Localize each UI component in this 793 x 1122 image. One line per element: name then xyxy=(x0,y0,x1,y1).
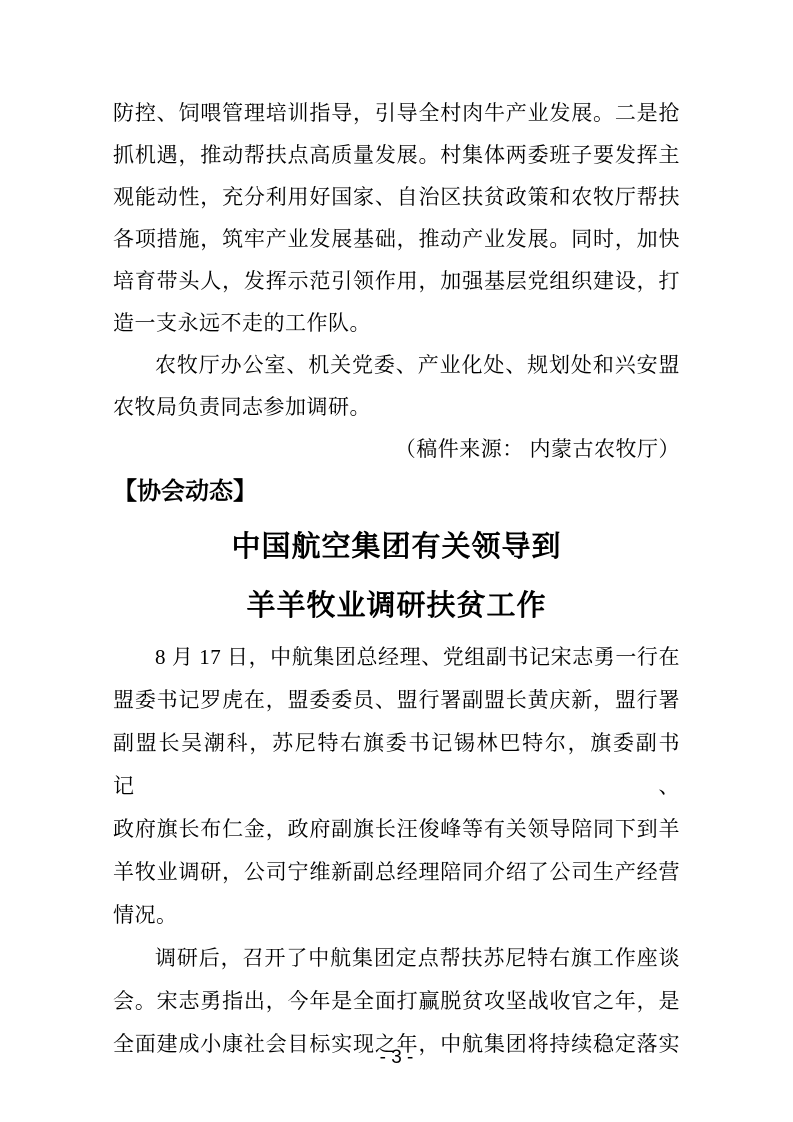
article-title-line-2: 羊羊牧业调研扶贫工作 xyxy=(113,577,680,636)
section-header-association-news: 【协会动态】 xyxy=(113,470,680,514)
article-source-attribution: （稿件来源： 内蒙古农牧厅） xyxy=(113,428,680,470)
text-line: 调研后，召开了中航集团定点帮扶苏尼特右旗工作座谈 xyxy=(113,937,680,980)
text-line: 政府旗长布仁金，政府副旗长汪俊峰等有关领导陪同下到羊 xyxy=(113,808,680,851)
text-line: 造一支永远不走的工作队。 xyxy=(113,302,680,344)
text-line: 盟委书记罗虎在，盟委委员、盟行署副盟长黄庆新，盟行署 xyxy=(113,679,680,722)
paragraph-visit-details: 8 月 17 日，中航集团总经理、党组副书记宋志勇一行在 盟委书记罗虎在，盟委委… xyxy=(113,636,680,937)
text-line: 各项措施，筑牢产业发展基础，推动产业发展。同时，加快 xyxy=(113,218,680,260)
article-title: 中国航空集团有关领导到 羊羊牧业调研扶贫工作 xyxy=(113,518,680,636)
paragraph-previous-article-continuation: 防控、饲喂管理培训指导，引导全村肉牛产业发展。二是抢 抓机遇，推动帮扶点高质量发… xyxy=(113,92,680,344)
text-line: 抓机遇，推动帮扶点高质量发展。村集体两委班子要发挥主 xyxy=(113,134,680,176)
document-page: 防控、饲喂管理培训指导，引导全村肉牛产业发展。二是抢 抓机遇，推动帮扶点高质量发… xyxy=(0,0,793,1122)
paragraph-attendees: 农牧厅办公室、机关党委、产业化处、规划处和兴安盟 农牧局负责同志参加调研。 xyxy=(113,344,680,428)
text-line: 观能动性，充分利用好国家、自治区扶贫政策和农牧厅帮扶 xyxy=(113,176,680,218)
text-line: 情况。 xyxy=(113,894,680,937)
text-line: 农牧局负责同志参加调研。 xyxy=(113,386,680,428)
page-number: - 3 - xyxy=(0,1046,793,1070)
page-content: 防控、饲喂管理培训指导，引导全村肉牛产业发展。二是抢 抓机遇，推动帮扶点高质量发… xyxy=(113,92,680,1066)
text-line: 培育带头人，发挥示范引领作用，加强基层党组织建设，打 xyxy=(113,260,680,302)
text-line: 羊牧业调研，公司宁维新副总经理陪同介绍了公司生产经营 xyxy=(113,851,680,894)
text-line: 会。宋志勇指出，今年是全面打赢脱贫攻坚战收官之年，是 xyxy=(113,980,680,1023)
text-line: 农牧厅办公室、机关党委、产业化处、规划处和兴安盟 xyxy=(113,344,680,386)
text-line: 副盟长吴潮科，苏尼特右旗委书记锡林巴特尔，旗委副书记、 xyxy=(113,722,680,808)
text-line: 8 月 17 日，中航集团总经理、党组副书记宋志勇一行在 xyxy=(113,636,680,679)
text-line: 防控、饲喂管理培训指导，引导全村肉牛产业发展。二是抢 xyxy=(113,92,680,134)
article-title-line-1: 中国航空集团有关领导到 xyxy=(113,518,680,577)
